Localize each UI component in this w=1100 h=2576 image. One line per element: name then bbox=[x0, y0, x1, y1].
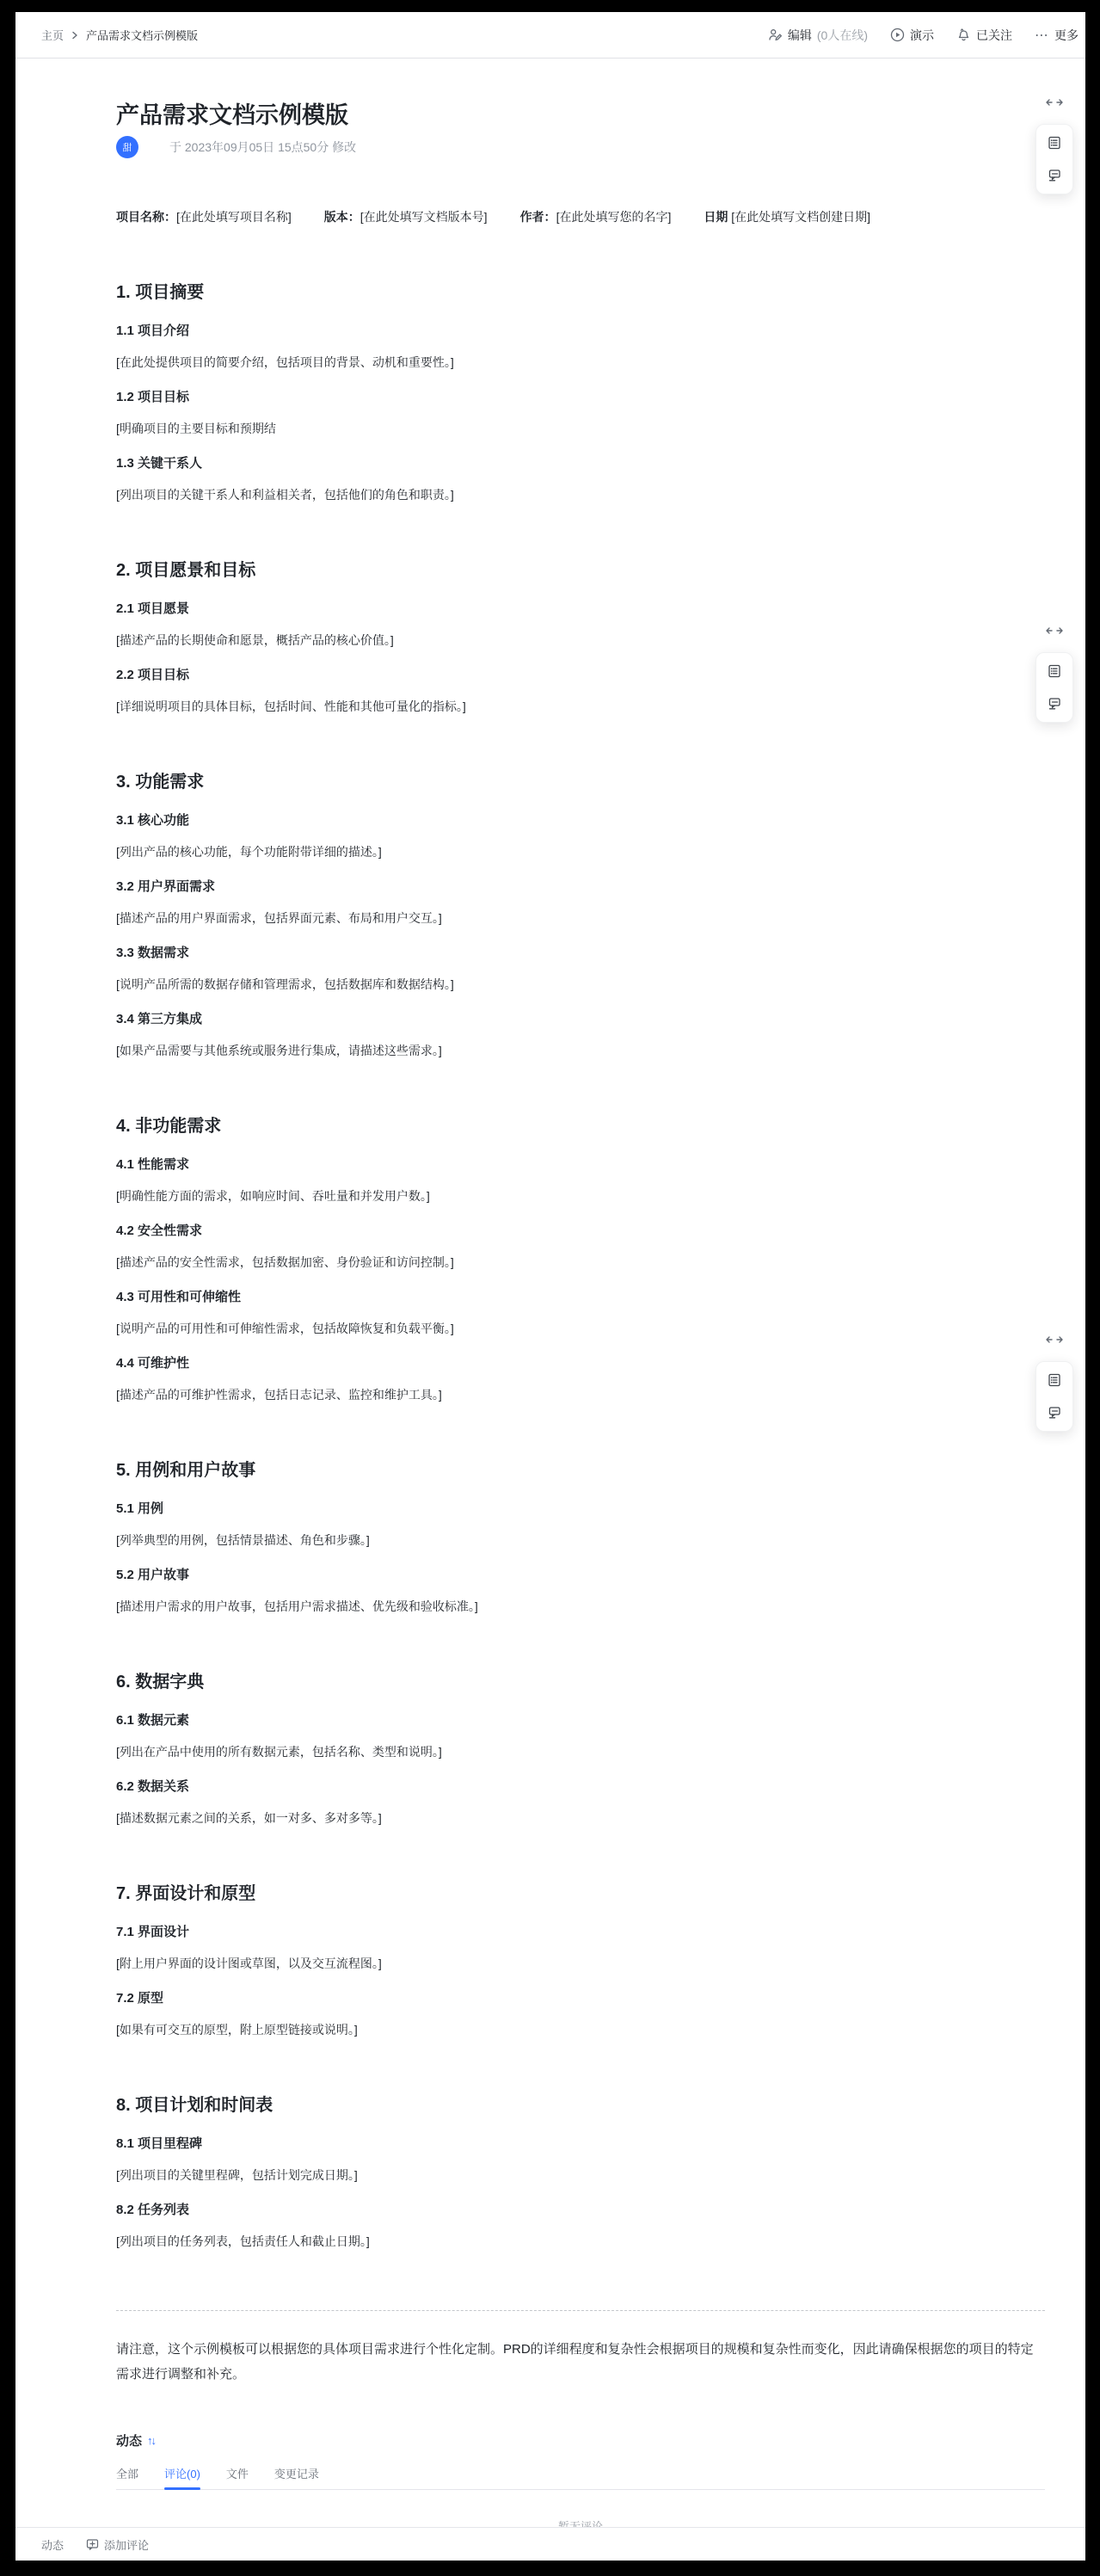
section-heading-3: 3. 功能需求 bbox=[116, 770, 1045, 794]
chevron-right-icon bbox=[71, 31, 79, 40]
meta-value: [在此处填写项目名称] bbox=[176, 210, 292, 224]
floating-control-group-2 bbox=[1035, 1334, 1080, 1432]
footer-add-comment-label: 添加评论 bbox=[104, 2536, 149, 2553]
activity-header: 动态 ↑↓ bbox=[116, 2431, 1045, 2450]
doc-outline-icon[interactable] bbox=[1047, 663, 1062, 679]
floating-control-group-0 bbox=[1035, 96, 1080, 194]
subsection-heading: 1.2 项目目标 bbox=[116, 388, 1045, 406]
last-modified-text: 于 2023年09月05日 15点50分 修改 bbox=[169, 139, 356, 156]
meta-label: 日期 bbox=[704, 210, 731, 224]
subsection-heading: 8.2 任务列表 bbox=[116, 2201, 1045, 2219]
comment-bubble-icon[interactable] bbox=[1047, 696, 1062, 712]
subsection-placeholder-text: [说明产品所需的数据存储和管理需求，包括数据库和数据结构。] bbox=[116, 976, 1045, 993]
breadcrumb-doc-title: 产品需求文档示例模版 bbox=[86, 27, 198, 43]
subsection-heading: 3.4 第三方集成 bbox=[116, 1010, 1045, 1028]
document-body: 产品需求文档示例模版 甜 于 2023年09月05日 15点50分 修改 项目名… bbox=[15, 100, 1085, 2534]
subsection-placeholder-text: [列举典型的用例，包括情景描述、角色和步骤。] bbox=[116, 1531, 1045, 1549]
app-window: 主页 产品需求文档示例模版 编辑 (0人在线) bbox=[15, 12, 1085, 2561]
activity-tab-2[interactable]: 文件 bbox=[226, 2460, 249, 2489]
subsection-heading: 1.1 项目介绍 bbox=[116, 322, 1045, 340]
subsection-placeholder-text: [描述产品的用户界面需求，包括界面元素、布局和用户交互。] bbox=[116, 909, 1045, 927]
footer-activity-button[interactable]: 动态 bbox=[41, 2536, 64, 2553]
present-button[interactable]: 演示 bbox=[890, 27, 934, 44]
subsection-placeholder-text: [如果有可交互的原型，附上原型链接或说明。] bbox=[116, 2021, 1045, 2038]
subsection-heading: 4.3 可用性和可伸缩性 bbox=[116, 1288, 1045, 1306]
subsection-placeholder-text: [列出产品的核心功能，每个功能附带详细的描述。] bbox=[116, 843, 1045, 860]
activity-tab-0[interactable]: 全部 bbox=[116, 2460, 138, 2489]
subsection-placeholder-text: [列出项目的关键里程碑，包括计划完成日期。] bbox=[116, 2166, 1045, 2184]
collab-edit-icon bbox=[768, 28, 783, 42]
doc-outline-icon[interactable] bbox=[1047, 135, 1062, 151]
subsection-placeholder-text: [描述产品的安全性需求，包括数据加密、身份验证和访问控制。] bbox=[116, 1254, 1045, 1271]
section-heading-6: 6. 数据字典 bbox=[116, 1670, 1045, 1694]
subsection-placeholder-text: [描述产品的可维护性需求，包括日志记录、监控和维护工具。] bbox=[116, 1386, 1045, 1403]
followed-label: 已关注 bbox=[976, 27, 1012, 44]
subsection-placeholder-text: [列出项目的关键干系人和利益相关者，包括他们的角色和职责。] bbox=[116, 486, 1045, 503]
present-label: 演示 bbox=[910, 27, 934, 44]
doc-byline: 甜 于 2023年09月05日 15点50分 修改 bbox=[116, 136, 1045, 158]
activity-tab-1[interactable]: 评论(0) bbox=[164, 2460, 200, 2489]
subsection-placeholder-text: [描述用户需求的用户故事，包括用户需求描述、优先级和验收标准。] bbox=[116, 1598, 1045, 1615]
subsection-heading: 3.3 数据需求 bbox=[116, 944, 1045, 962]
section-heading-8: 8. 项目计划和时间表 bbox=[116, 2093, 1045, 2117]
meta-item-3: 日期 [在此处填写文档创建日期] bbox=[704, 208, 870, 225]
activity-tabs: 全部评论(0)文件变更记录 bbox=[116, 2460, 1045, 2490]
footer-bar: 动态 添加评论 bbox=[15, 2527, 1085, 2561]
comment-bubble-icon[interactable] bbox=[1047, 1405, 1062, 1420]
meta-label: 版本： bbox=[324, 210, 360, 224]
subsection-heading: 7.1 界面设计 bbox=[116, 1923, 1045, 1941]
footer-activity-label: 动态 bbox=[41, 2536, 64, 2553]
subsection-placeholder-text: [列出项目的任务列表，包括责任人和截止日期。] bbox=[116, 2233, 1045, 2250]
section-heading-2: 2. 项目愿景和目标 bbox=[116, 558, 1045, 582]
meta-item-1: 版本：[在此处填写文档版本号] bbox=[324, 208, 488, 225]
subsection-placeholder-text: [列出在产品中使用的所有数据元素，包括名称、类型和说明。] bbox=[116, 1743, 1045, 1760]
meta-item-0: 项目名称：[在此处填写项目名称] bbox=[116, 208, 292, 225]
doc-sections: 1. 项目摘要1.1 项目介绍[在此处提供项目的简要介绍，包括项目的背景、动机和… bbox=[116, 280, 1045, 2250]
doc-title: 产品需求文档示例模版 bbox=[116, 100, 1045, 131]
section-heading-5: 5. 用例和用户故事 bbox=[116, 1458, 1045, 1482]
activity-tab-3[interactable]: 变更记录 bbox=[274, 2460, 319, 2489]
breadcrumb-home[interactable]: 主页 bbox=[41, 27, 64, 43]
more-button[interactable]: ⋯ 更多 bbox=[1035, 27, 1078, 44]
online-count: (0人在线) bbox=[817, 27, 868, 44]
subsection-heading: 4.4 可维护性 bbox=[116, 1354, 1045, 1372]
fit-width-arrows-icon[interactable] bbox=[1046, 626, 1063, 636]
up-down-arrows-icon[interactable]: ↑↓ bbox=[147, 2434, 155, 2447]
ellipsis-icon: ⋯ bbox=[1035, 27, 1049, 44]
follow-button[interactable]: 已关注 bbox=[956, 27, 1012, 44]
play-circle-icon bbox=[890, 28, 905, 42]
footer-add-comment-button[interactable]: 添加评论 bbox=[86, 2536, 149, 2553]
floating-control-group-1 bbox=[1035, 625, 1080, 723]
floating-tool-card bbox=[1035, 124, 1073, 194]
subsection-placeholder-text: [描述产品的长期使命和愿景，概括产品的核心价值。] bbox=[116, 632, 1045, 649]
section-heading-7: 7. 界面设计和原型 bbox=[116, 1882, 1045, 1906]
meta-value: [在此处填写文档版本号] bbox=[360, 210, 488, 224]
subsection-heading: 6.1 数据元素 bbox=[116, 1711, 1045, 1729]
subsection-heading: 2.1 项目愿景 bbox=[116, 600, 1045, 618]
subsection-placeholder-text: [明确性能方面的需求，如响应时间、吞吐量和并发用户数。] bbox=[116, 1187, 1045, 1205]
subsection-placeholder-text: [详细说明项目的具体目标，包括时间、性能和其他可量化的指标。] bbox=[116, 698, 1045, 715]
subsection-placeholder-text: [附上用户界面的设计图或草图，以及交互流程图。] bbox=[116, 1955, 1045, 1972]
subsection-heading: 8.1 项目里程碑 bbox=[116, 2135, 1045, 2153]
subsection-heading: 3.1 核心功能 bbox=[116, 811, 1045, 829]
doc-outline-icon[interactable] bbox=[1047, 1372, 1062, 1388]
fit-width-arrows-icon[interactable] bbox=[1046, 97, 1063, 108]
fit-width-arrows-icon[interactable] bbox=[1046, 1334, 1063, 1345]
edit-button[interactable]: 编辑 (0人在线) bbox=[768, 27, 868, 44]
breadcrumb: 主页 产品需求文档示例模版 bbox=[41, 27, 198, 43]
more-label: 更多 bbox=[1054, 27, 1078, 44]
subsection-heading: 2.2 项目目标 bbox=[116, 666, 1045, 684]
topbar-actions: 编辑 (0人在线) 演示 已关注 ⋯ bbox=[768, 27, 1078, 44]
doc-note: 请注意，这个示例模板可以根据您的具体项目需求进行个性化定制。PRD的详细程度和复… bbox=[116, 2337, 1045, 2387]
subsection-placeholder-text: [在此处提供项目的简要介绍，包括项目的背景、动机和重要性。] bbox=[116, 354, 1045, 371]
meta-value: [在此处填写您的名字] bbox=[556, 210, 672, 224]
floating-tool-card bbox=[1035, 652, 1073, 723]
doc-meta-row: 项目名称：[在此处填写项目名称]版本：[在此处填写文档版本号]作者：[在此处填写… bbox=[116, 208, 1045, 225]
meta-label: 作者： bbox=[520, 210, 556, 224]
section-heading-1: 1. 项目摘要 bbox=[116, 280, 1045, 305]
subsection-heading: 6.2 数据关系 bbox=[116, 1778, 1045, 1796]
subsection-heading: 4.2 安全性需求 bbox=[116, 1222, 1045, 1240]
top-bar: 主页 产品需求文档示例模版 编辑 (0人在线) bbox=[15, 12, 1085, 59]
subsection-placeholder-text: [说明产品的可用性和可伸缩性需求，包括故障恢复和负载平衡。] bbox=[116, 1320, 1045, 1337]
floating-tool-card bbox=[1035, 1361, 1073, 1432]
meta-label: 项目名称： bbox=[116, 210, 176, 224]
subsection-heading: 3.2 用户界面需求 bbox=[116, 878, 1045, 896]
subsection-heading: 5.1 用例 bbox=[116, 1500, 1045, 1518]
activity-title: 动态 bbox=[116, 2431, 142, 2450]
edit-label: 编辑 bbox=[788, 27, 812, 44]
subsection-heading: 5.2 用户故事 bbox=[116, 1566, 1045, 1584]
subsection-placeholder-text: [描述数据元素之间的关系，如一对多、多对多等。] bbox=[116, 1809, 1045, 1827]
dashed-divider bbox=[116, 2310, 1045, 2311]
subsection-heading: 4.1 性能需求 bbox=[116, 1156, 1045, 1174]
subsection-placeholder-text: [如果产品需要与其他系统或服务进行集成，请描述这些需求。] bbox=[116, 1042, 1045, 1059]
meta-item-2: 作者：[在此处填写您的名字] bbox=[520, 208, 672, 225]
author-avatar: 甜 bbox=[116, 136, 138, 158]
meta-value: [在此处填写文档创建日期] bbox=[731, 210, 870, 224]
subsection-heading: 7.2 原型 bbox=[116, 1989, 1045, 2007]
add-comment-icon bbox=[86, 2538, 99, 2551]
comment-bubble-icon[interactable] bbox=[1047, 168, 1062, 183]
bell-check-icon bbox=[956, 28, 971, 42]
subsection-heading: 1.3 关键干系人 bbox=[116, 454, 1045, 472]
subsection-placeholder-text: [明确项目的主要目标和预期结 bbox=[116, 420, 1045, 437]
section-heading-4: 4. 非功能需求 bbox=[116, 1114, 1045, 1138]
